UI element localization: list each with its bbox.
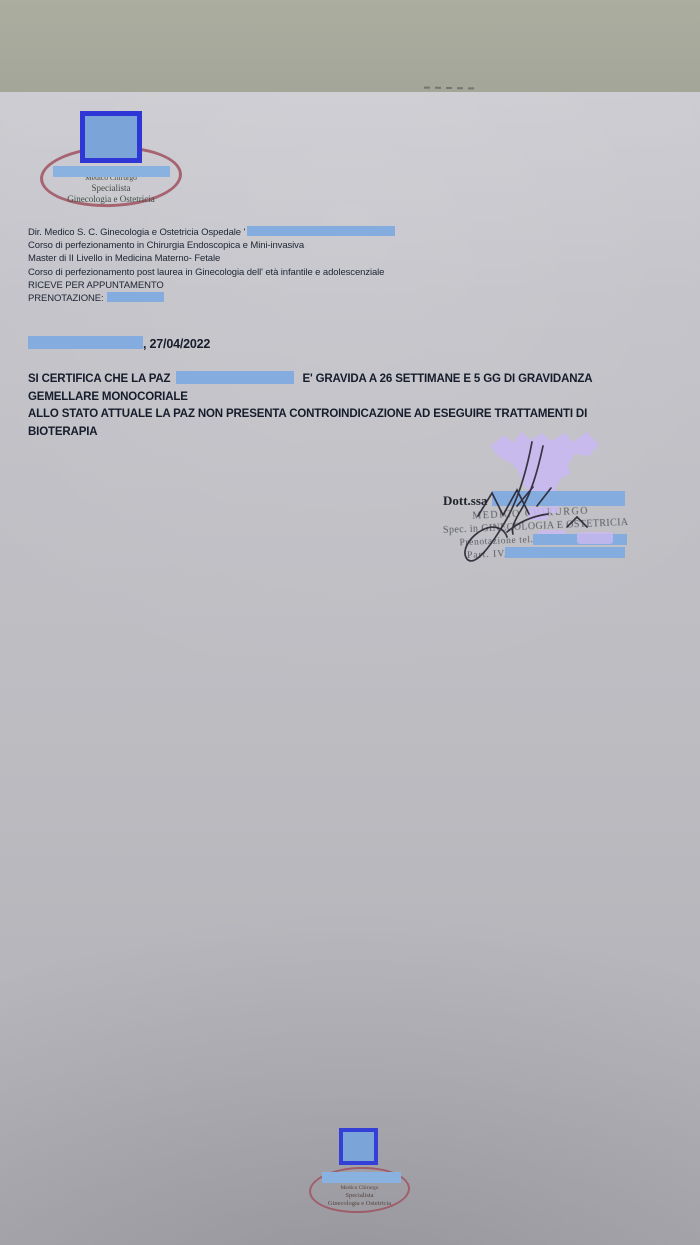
date-text: , 27/04/2022 [143, 337, 210, 351]
background-wall [0, 0, 700, 96]
letterhead-text: Corso di perfezionamento post laurea in … [28, 267, 384, 278]
letterhead-text: Master di II Livello in Medicina Materno… [28, 253, 220, 264]
redaction-bar-doctor-name-top [53, 166, 170, 177]
date-line: , 27/04/2022 [28, 335, 210, 353]
stamp-specialty-bottom: Ginecologia e Ostetricia [309, 1200, 410, 1208]
redaction-bar-patient-name [176, 371, 294, 384]
certificate-line-1: SI CERTIFICA CHE LA PAZE' GRAVIDA A 26 S… [28, 371, 592, 389]
letterhead-text: Corso di perfezionamento in Chirurgia En… [28, 240, 304, 251]
handwritten-signature [420, 430, 695, 595]
redaction-bar-hospital-name [247, 226, 395, 236]
stamp-profession-bottom: Medico Chirurgo [309, 1185, 410, 1192]
letterhead-text: RICEVE PER APPUNTAMENTO [28, 280, 164, 291]
certificate-text: E' GRAVIDA A 26 SETTIMANE E 5 GG DI GRAV… [302, 373, 592, 385]
document-photo: Medico Chirurgo Specialista Ginecologia … [0, 0, 700, 1245]
letterhead-text: PRENOTAZIONE: [28, 293, 104, 304]
redaction-bar-doctor-name-bottom [322, 1172, 401, 1183]
certificate-line-2: GEMELLARE MONOCORIALE [28, 389, 592, 407]
certificate-line-3: ALLO STATO ATTUALE LA PAZ NON PRESENTA C… [28, 406, 592, 424]
certificate-paper: Medico Chirurgo Specialista Ginecologia … [0, 92, 700, 1245]
letterhead-line: RICEVE PER APPUNTAMENTO [28, 279, 395, 292]
letterhead-text: Dir. Medico S. C. Ginecologia e Ostetric… [28, 227, 245, 238]
letterhead-line: Dir. Medico S. C. Ginecologia e Ostetric… [28, 226, 395, 239]
signature-block: Dott.ssa MEDICO CHIRURGO Spec. in GINECO… [420, 430, 695, 595]
stamp-specialty-top: Ginecologia e Ostetricia [40, 194, 182, 204]
redaction-square-bottom [339, 1128, 378, 1165]
letterhead-line: PRENOTAZIONE: [28, 292, 395, 305]
letterhead-line: Corso di perfezionamento post laurea in … [28, 266, 395, 279]
redaction-bar-city [28, 336, 143, 349]
letterhead-line: Master di II Livello in Medicina Materno… [28, 252, 395, 265]
redaction-bar-booking-number [107, 292, 164, 302]
stamp-title-bottom: Specialista [309, 1192, 410, 1200]
stamp-title-top: Specialista [40, 183, 182, 193]
certificate-text: SI CERTIFICA CHE LA PAZ [28, 373, 170, 385]
redaction-square-top [80, 111, 142, 163]
letterhead-block: Dir. Medico S. C. Ginecologia e Ostetric… [28, 226, 395, 305]
letterhead-line: Corso di perfezionamento in Chirurgia En… [28, 239, 395, 252]
